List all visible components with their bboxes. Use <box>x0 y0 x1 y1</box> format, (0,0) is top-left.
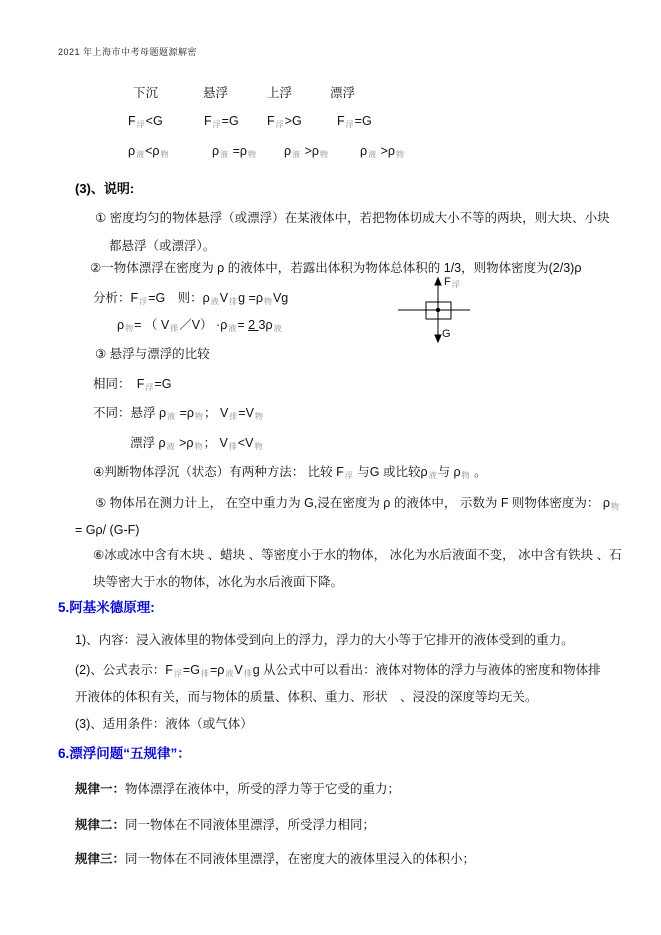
note-item-5-line2: = Gρ/ (G-F) <box>75 522 139 538</box>
table-cell-density: ρ液 =ρ物 <box>212 144 257 160</box>
note-diff-float-line: 漂浮 ρ液 >ρ物； V排<V物 <box>130 435 263 455</box>
table-header-suspend: 悬浮 <box>203 83 228 101</box>
note-item-2-analysis: 分析：F浮=G 则：ρ液V排g =ρ物Vg <box>93 290 288 310</box>
note-item-2-derivation: ρ物= （ V排／V） ·ρ液= 2 3ρ液 <box>117 317 283 337</box>
floating-rule-1: 规律一：物体漂浮在液体中，所受的浮力等于它受的重力； <box>75 781 400 797</box>
buoyancy-force-label: F浮 <box>444 276 461 290</box>
floating-object-diagram: F浮 G <box>398 276 476 348</box>
note-item-3: ③ 悬浮与漂浮的比较 <box>95 346 210 362</box>
table-cell-force: F浮=G <box>337 114 372 130</box>
table-cell-density: ρ液 >ρ物 <box>284 144 329 160</box>
floating-rule-3: 规律三：同一物体在不同液体里漂浮，在密度大的液体里浸入的体积小； <box>75 851 475 867</box>
note-diff-suspend-line: 不同：悬浮 ρ液 =ρ物； V排=V物 <box>93 405 264 425</box>
note-item-1-line1: ① 密度均匀的物体悬浮（或漂浮）在某液体中，若把物体切成大小不等的两块，则大块、… <box>95 210 610 226</box>
note-item-6-line2: 块等密大于水的物体，冰化为水后液面下降。 <box>93 574 343 590</box>
notes-heading: (3)、说明: <box>75 181 134 197</box>
section-heading-archimedes: 5.阿基米德原理: <box>58 600 155 616</box>
table-cell-force: F浮=G <box>204 114 239 130</box>
archimedes-content: 1)、内容：浸入液体里的物体受到向上的浮力，浮力的大小等于它排开的液体受到的重力… <box>75 632 574 648</box>
note-item-6-line1: ⑥冰或冰中含有木块 、蜡块 、等密度小于水的物体， 冰化为水后液面不变， 冰中含… <box>93 547 622 563</box>
table-header-sink: 下沉 <box>133 83 158 101</box>
archimedes-condition: (3)、适用条件：液体（或气体） <box>75 716 253 732</box>
archimedes-formula-line1: (2)、公式表示：F浮=G排=ρ液V排g 从公式中可以看出：液体对物体的浮力与液… <box>75 662 601 682</box>
center-dot <box>436 308 440 312</box>
floating-rule-2: 规律二：同一物体在不同液体里漂浮，所受浮力相同； <box>75 817 375 833</box>
table-cell-force: F浮>G <box>267 114 302 130</box>
gravity-arrowhead <box>435 335 441 342</box>
diagram-canvas <box>398 276 476 348</box>
gravity-force-label: G <box>442 328 451 340</box>
note-item-4: ④判断物体浮沉（状态）有两种方法： 比较 F浮 与G 或比较ρ液与 ρ物 。 <box>93 464 487 484</box>
section-heading-floating-rules: 6.漂浮问题“五规律”： <box>58 746 191 762</box>
document-page: 2021 年上海市中考母题题源解密 下沉 悬浮 上浮 漂浮 F浮<G F浮=G … <box>0 0 661 935</box>
table-cell-force: F浮<G <box>128 114 163 130</box>
table-header-float: 漂浮 <box>330 83 355 101</box>
archimedes-formula-line2: 开液体的体积有关，而与物体的质量、体积、重力、形状 、浸没的深度等均无关。 <box>75 689 538 705</box>
buoyancy-arrowhead <box>435 278 441 285</box>
note-item-2: ②一物体漂浮在密度为 ρ 的液体中，若露出体积为物体总体积的 1/3，则物体密度… <box>90 260 581 276</box>
table-cell-density: ρ液<ρ物 <box>128 144 170 160</box>
note-item-5-line1: ⑤ 物体吊在测力计上， 在空中重力为 G,浸在密度为 ρ 的液体中， 示数为 F… <box>95 495 620 515</box>
note-same-line: 相同： F浮=G <box>93 376 171 396</box>
table-header-rise: 上浮 <box>267 83 292 101</box>
note-item-1-line2: 都悬浮（或漂浮）。 <box>109 238 215 254</box>
table-cell-density: ρ液 >ρ物 <box>360 144 405 160</box>
doc-header: 2021 年上海市中考母题题源解密 <box>58 44 197 60</box>
